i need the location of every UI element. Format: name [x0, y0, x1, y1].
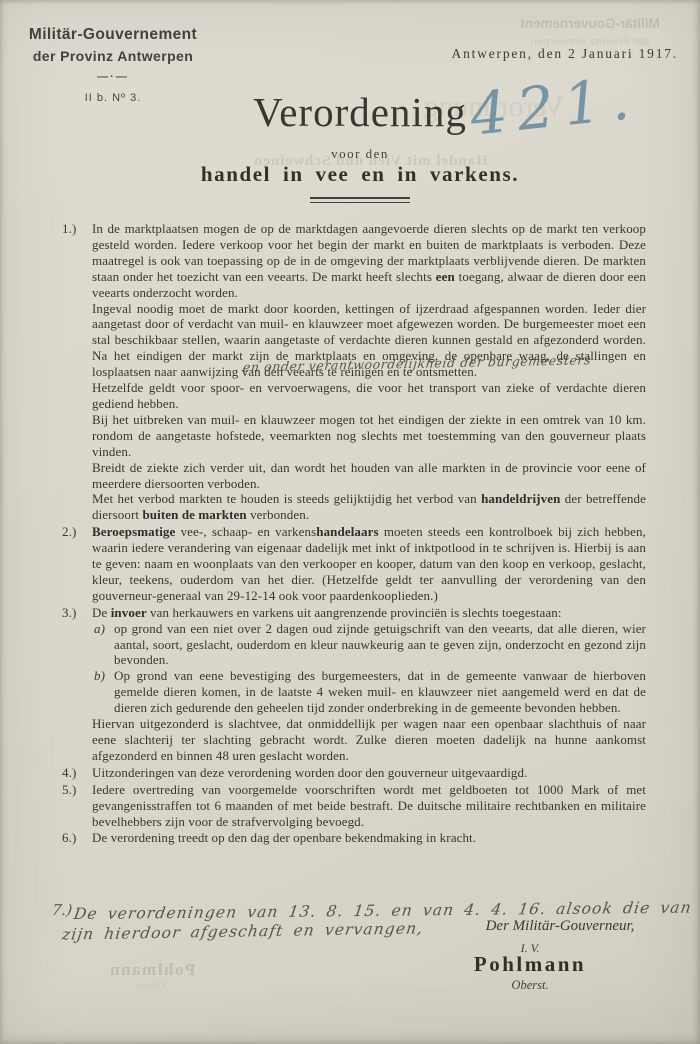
dateline: Antwerpen, den 2 Januari 1917. [452, 46, 678, 62]
ordinance-item: 5.)Iedere overtreding van voorgemelde vo… [62, 782, 646, 830]
paragraph: Beroepsmatige vee-, schaap- en varkensha… [92, 524, 646, 604]
document-title: Verordening [0, 88, 700, 136]
document-subject: handel in vee en in varkens. [0, 162, 700, 187]
emphasized-text: buiten de markten [142, 507, 246, 522]
body-text: vee-, schaap- en varkens [175, 524, 316, 539]
item-content: Beroepsmatige vee-, schaap- en varkensha… [92, 524, 646, 604]
letterhead-separator: —·— [96, 71, 130, 83]
handwritten-item7-number: 7.) [51, 901, 74, 919]
signature-name: Pohlmann [410, 952, 650, 977]
letterhead-org-line2: der Provinz Antwerpen [18, 48, 208, 64]
paragraph: Breidt de ziekte zich verder uit, dan wo… [92, 460, 646, 492]
body-text: De verordening treedt op den dag der ope… [92, 830, 476, 845]
item-number: 3.) [62, 605, 92, 764]
body-text: Met het verbod markten te houden is stee… [92, 491, 481, 506]
document-page: Militär-Gouvernement der Provinz Antwerp… [0, 0, 700, 1044]
paragraph: De invoer van herkauwers en varkens uit … [92, 605, 646, 621]
body-text: Breidt de ziekte zich verder uit, dan wo… [92, 460, 646, 491]
body-text: Op grond van eene bevestiging des burgem… [114, 668, 646, 715]
paragraph: De verordening treedt op den dag der ope… [92, 830, 646, 846]
ordinance-item: 3.)De invoer van herkauwers en varkens u… [62, 605, 646, 764]
paragraph: Hetzelfde geldt voor spoor- en vervoerwa… [92, 380, 646, 412]
emphasized-text: handeldrijven [481, 491, 560, 506]
item-content: Uitzonderingen van deze verordening word… [92, 765, 646, 781]
item-content: De invoer van herkauwers en varkens uit … [92, 605, 646, 764]
body-text: Hiervan uitgezonderd is slachtvee, dat o… [92, 716, 646, 763]
emphasized-text: invoer [111, 605, 147, 620]
body-text: Uitzonderingen van deze verordening word… [92, 765, 527, 780]
paragraph: Hiervan uitgezonderd is slachtvee, dat o… [92, 716, 646, 764]
ordinance-item: 6.)De verordening treedt op den dag der … [62, 830, 646, 846]
body-text: Bij het uitbreken van muil- en klauwzeer… [92, 412, 646, 459]
sub-item-label: b) [94, 668, 105, 684]
letterhead-org-line1: Militär-Gouvernement [18, 26, 208, 44]
emphasized-text: een [436, 269, 455, 284]
sub-paragraph: a)op grond van een niet over 2 dagen oud… [92, 621, 646, 669]
body-text: Iedere overtreding van voorgemelde voors… [92, 782, 646, 829]
body-text: Hetzelfde geldt voor spoor- en vervoerwa… [92, 380, 646, 411]
body-text: verbonden. [247, 507, 309, 522]
ordinance-item: 2.)Beroepsmatige vee-, schaap- en varken… [62, 524, 646, 604]
document-subtitle: voor den [0, 146, 700, 162]
letterhead: Militär-Gouvernement der Provinz Antwerp… [18, 26, 208, 83]
paragraph: Met het verbod markten te houden is stee… [92, 491, 646, 523]
paragraph: Bij het uitbreken van muil- en klauwzeer… [92, 412, 646, 460]
item-content: Iedere overtreding van voorgemelde voors… [92, 782, 646, 830]
paragraph: In de marktplaatsen mogen de op de markt… [92, 221, 646, 301]
ghost-bleedthrough-signature: Pohlmann [92, 960, 212, 980]
item-number: 2.) [62, 524, 92, 604]
ghost-bleedthrough-org: Militär-Gouvernement [490, 16, 690, 31]
sub-item-label: a) [94, 621, 105, 637]
item-number: 4.) [62, 765, 92, 781]
item-content: De verordening treedt op den dag der ope… [92, 830, 646, 846]
paragraph: Uitzonderingen van deze verordening word… [92, 765, 646, 781]
ordinance-item: 4.)Uitzonderingen van deze verordening w… [62, 765, 646, 781]
item-number: 1.) [62, 221, 92, 523]
body-text: van herkauwers en varkens uit aangrenzen… [147, 605, 562, 620]
item-number: 5.) [62, 782, 92, 830]
item-content: In de marktplaatsen mogen de op de markt… [92, 221, 646, 523]
item-number: 6.) [62, 830, 92, 846]
emphasized-text: Beroepsmatige [92, 524, 175, 539]
ghost-bleedthrough-rank: Oberst. [110, 981, 190, 992]
emphasized-text: handelaars [316, 524, 378, 539]
ordinance-items: 1.)In de marktplaatsen mogen de op de ma… [62, 221, 646, 847]
signature-office: Der Militär-Gouverneur, [440, 918, 680, 935]
body-text: De [92, 605, 111, 620]
paragraph: Iedere overtreding van voorgemelde voors… [92, 782, 646, 830]
signature-rank: Oberst. [410, 978, 650, 993]
sub-paragraph: b)Op grond van eene bevestiging des burg… [92, 668, 646, 716]
body-text: op grond van een niet over 2 dagen oud z… [114, 621, 646, 668]
title-double-rule [310, 197, 410, 203]
